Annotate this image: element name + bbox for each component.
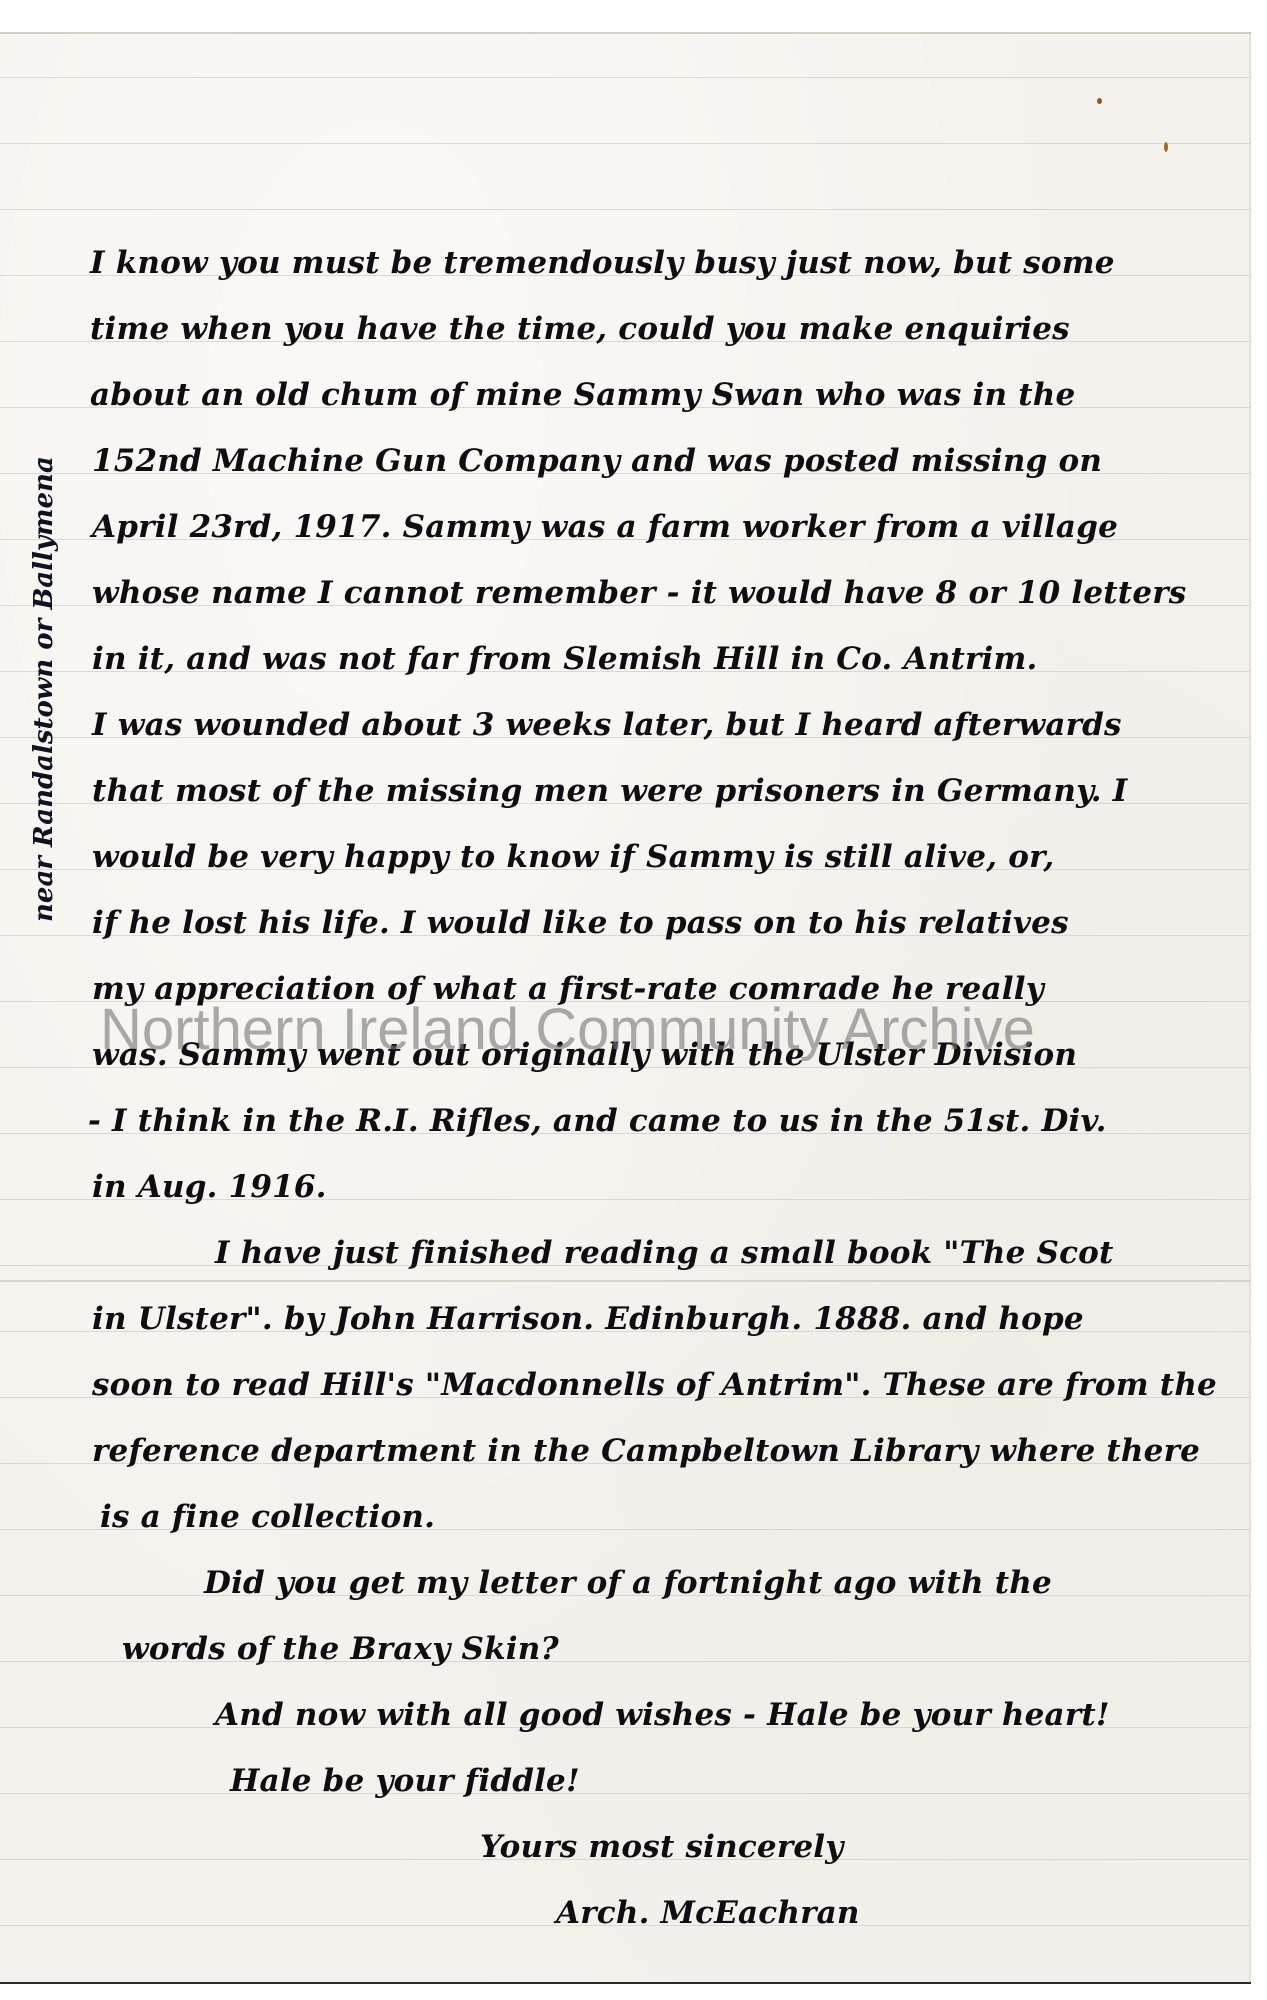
paper-fold-crease <box>0 1280 1251 1282</box>
letter-line: that most of the missing men were prison… <box>92 771 1127 811</box>
letter-line: time when you have the time, could you m… <box>90 309 1070 349</box>
letter-line: is a fine collection. <box>100 1497 435 1537</box>
letter-line: 152nd Machine Gun Company and was posted… <box>92 441 1102 481</box>
rust-spot <box>1097 98 1102 104</box>
margin-note: near Randalstown or Ballymena <box>28 456 60 922</box>
letter-page: near Randalstown or Ballymena I know you… <box>0 32 1251 1984</box>
rust-spot <box>1164 142 1168 152</box>
ruled-line <box>0 1793 1251 1794</box>
letter-line: if he lost his life. I would like to pas… <box>92 903 1069 943</box>
ruled-line <box>0 209 1251 210</box>
letter-line: soon to read Hill's "Macdonnells of Antr… <box>92 1365 1217 1405</box>
letter-line: And now with all good wishes - Hale be y… <box>215 1695 1110 1735</box>
paper-top-edge <box>0 32 1251 34</box>
letter-line: April 23rd, 1917. Sammy was a farm worke… <box>92 507 1118 547</box>
letter-line: I know you must be tremendously busy jus… <box>90 243 1115 283</box>
letter-line: Hale be your fiddle! <box>230 1761 580 1801</box>
letter-line: words of the Braxy Skin? <box>122 1629 559 1669</box>
letter-line: I have just finished reading a small boo… <box>215 1233 1114 1273</box>
archive-watermark: Northern Ireland Community Archive <box>100 995 1035 1065</box>
letter-line: - I think in the R.I. Rifles, and came t… <box>88 1101 1107 1141</box>
letter-line: in it, and was not far from Slemish Hill… <box>92 639 1037 679</box>
letter-line: reference department in the Campbeltown … <box>92 1431 1200 1471</box>
letter-line: would be very happy to know if Sammy is … <box>92 837 1054 877</box>
letter-line: in Aug. 1916. <box>92 1167 327 1207</box>
letter-line: about an old chum of mine Sammy Swan who… <box>90 375 1075 415</box>
letter-line: whose name I cannot remember - it would … <box>92 573 1186 613</box>
letter-line: in Ulster". by John Harrison. Edinburgh.… <box>92 1299 1084 1339</box>
letter-closing: Yours most sincerely <box>480 1827 843 1867</box>
ruled-line <box>0 143 1251 144</box>
letter-signature: Arch. McEachran <box>556 1893 860 1933</box>
letter-line: Did you get my letter of a fortnight ago… <box>204 1563 1052 1603</box>
ruled-line <box>0 77 1251 78</box>
letter-line: I was wounded about 3 weeks later, but I… <box>92 705 1122 745</box>
